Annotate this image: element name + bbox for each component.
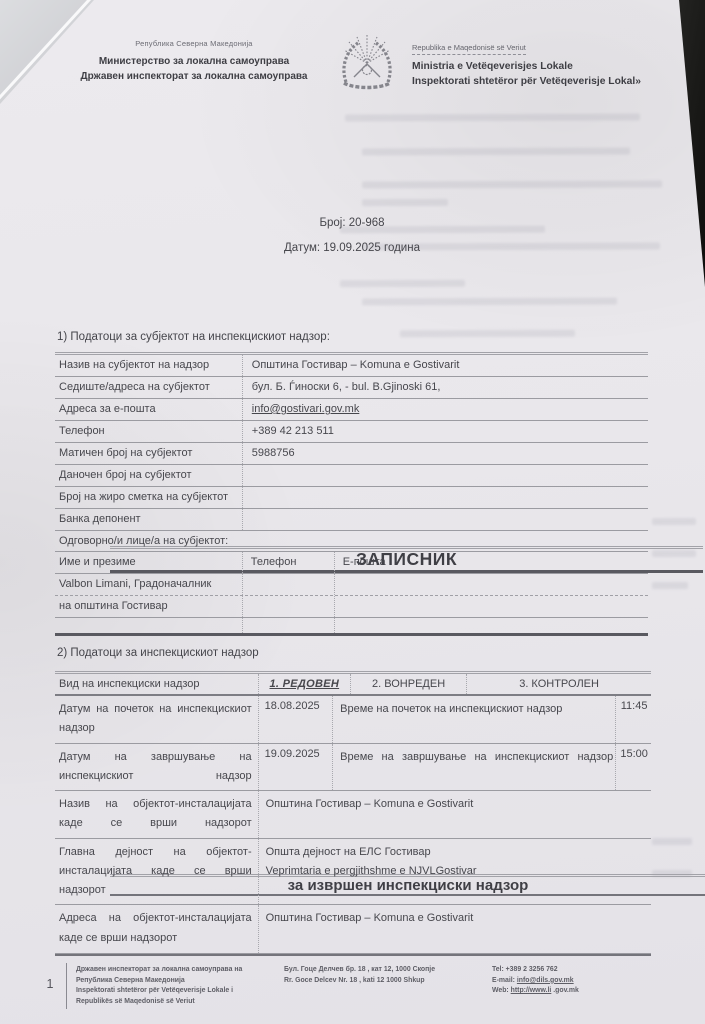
person-phone [242, 618, 334, 633]
row-label: Банка депонент [55, 511, 242, 528]
ministry-name-sq: Ministria e Vetëqeverisjes Lokale [412, 60, 679, 75]
table-row: Назив на субјектот на надзор Општина Гос… [55, 355, 648, 377]
responsible-person-heading-row: Одговорно/и лице/а на субјектот: [55, 531, 648, 552]
start-date-row: Датум на почеток на инспекцискиот надзор… [55, 696, 651, 744]
table-row: Даночен број на субјектот [55, 465, 648, 487]
inspectorate-name-sq: Inspektorati shtetëror për Vetëqeverisje… [412, 75, 679, 90]
bleed-through-line [340, 280, 465, 287]
end-date-value: 19.09.2025 [258, 744, 333, 791]
value-line: Општина Гостивар – Komuna e Gostivarit [266, 909, 647, 928]
option-control: 3. КОНТРОЛЕН [466, 674, 651, 694]
row-label: Назив на објектот-инсталацијата каде се … [55, 791, 258, 838]
person-email [334, 596, 648, 617]
row-label: Адреса на објектот-инсталацијата каде се… [55, 905, 258, 953]
inspection-data-table: Вид на инспекциски надзор 1. РЕДОВЕН 2. … [55, 671, 651, 956]
row-label: Вид на инспекциски надзор [55, 676, 258, 693]
end-date-row: Датум на завршување на инспекцискиот над… [55, 744, 651, 792]
footer-email-line: E-mail: info@dils.gov.mk [492, 976, 679, 987]
row-label: Назив на субјектот на надзор [55, 357, 242, 374]
row-label: Датум на почеток на инспекцискиот надзор [55, 696, 258, 743]
row-value: бул. Б. Ѓиноски 6, - bul. B.Gjinoski 61, [242, 377, 648, 398]
row-value [242, 465, 648, 486]
row-label: Време на почеток на инспекцискиот надзор [332, 696, 615, 743]
person-phone [242, 596, 334, 617]
start-time-value: 11:45 [615, 696, 651, 743]
row-value [242, 487, 648, 508]
start-date-value: 18.08.2025 [258, 696, 333, 743]
row-value [242, 509, 648, 530]
person-phone [242, 574, 334, 595]
bleed-through-line [362, 148, 630, 156]
table-row: Банка депонент [55, 509, 648, 531]
document-number: Број: 20-968 [55, 217, 649, 229]
footer-address: Бул. Гоце Делчев бр. 18 , кат 12, 1000 С… [284, 961, 492, 1009]
email-value: info@gostivari.gov.mk [252, 403, 360, 415]
responsible-columns-row: Име и презиме Телефон Е-пошта [55, 552, 648, 574]
document-title-block: ЗАПИСНИК за извршен инспекциски надзор Б… [55, 194, 649, 254]
web-label: Web: [492, 987, 511, 994]
document-date: Датум: 19.09.2025 година [55, 242, 649, 254]
country-name-sq: Republika e Maqedonisë së Veriut [412, 43, 526, 55]
row-label: Датум на завршување на инспекцискиот над… [55, 744, 258, 791]
footer-divider [66, 963, 67, 1009]
object-activity-row: Главна дејност на објектот-инсталацијата… [55, 839, 651, 906]
footer-email-link: info@dils.gov.mk [517, 977, 574, 984]
letterhead-macedonian: Република Северна Македонија Министерств… [58, 39, 330, 96]
responsible-heading: Одговорно/и лице/а на субјектот: [55, 533, 648, 550]
section1-heading: 1) Податоци за субјектот на инспекцискио… [57, 331, 330, 343]
letterhead: Република Северна Македонија Министерств… [58, 30, 679, 96]
scanned-document-photo: Република Северна Македонија Министерств… [0, 0, 705, 1024]
row-value: Општина Гостивар – Komuna e Gostivarit [258, 791, 651, 838]
option-regular-selected: 1. РЕДОВЕН [258, 674, 350, 694]
table-row: Телефон +389 42 213 511 [55, 421, 648, 443]
footer-org-line: Државен инспекторат за локална самоуправ… [76, 965, 284, 976]
footer-org-line: Република Северна Македонија [76, 976, 284, 987]
footer-org-line: Republikës së Maqedonisë së Veriut [76, 997, 284, 1008]
footer-web-link: http://www.li [511, 987, 552, 994]
row-value: Општина Гостивар – Komuna e Gostivarit [242, 355, 648, 376]
footer-contact: Tel: +389 2 3256 762 E-mail: info@dils.g… [492, 961, 679, 1009]
row-label: Матичен број на субјектот [55, 445, 242, 462]
table-row: Седиште/адреса на субјектот бул. Б. Ѓино… [55, 377, 648, 399]
row-label: Адреса за е-пошта [55, 401, 242, 418]
row-label: Телефон [55, 423, 242, 440]
row-label: Главна дејност на објектот-инсталацијата… [55, 839, 258, 905]
person-name: на општина Гостивар [55, 598, 242, 615]
bleed-through-line [652, 838, 692, 845]
value-line: Општа дејност на ЕЛС Гостивар [266, 843, 647, 862]
col-header-email: Е-пошта [334, 552, 648, 573]
letterhead-albanian: Republika e Maqedonisë së Veriut Ministr… [404, 37, 679, 96]
table-row: Број на жиро сметка на субјектот [55, 487, 648, 509]
section2-heading: 2) Податоци за инспекцискиот надзор [57, 647, 259, 659]
footer-phone: Tel: +389 2 3256 762 [492, 965, 679, 976]
value-line-albanian: Veprimtaria e pergjithshme e NJVLGostiva… [266, 862, 647, 881]
bleed-through-line [652, 518, 696, 525]
ministry-name-mk: Министерство за локална самоуправа [58, 54, 330, 69]
row-value: 5988756 [242, 443, 648, 464]
row-value: +389 42 213 511 [242, 421, 648, 442]
person-email [334, 574, 648, 595]
col-header-name: Име и презиме [55, 554, 242, 571]
footer-organization: Државен инспекторат за локална самоуправ… [76, 961, 284, 1009]
col-header-phone: Телефон [242, 552, 334, 573]
page-footer: 1 Државен инспекторат за локална самоупр… [40, 961, 679, 1009]
end-time-value: 15:00 [615, 744, 651, 791]
table-row: Матичен број на субјектот 5988756 [55, 443, 648, 465]
inspection-type-row: Вид на инспекциски надзор 1. РЕДОВЕН 2. … [55, 674, 651, 696]
page-number: 1 [40, 975, 60, 1009]
empty-row [55, 618, 648, 633]
country-name-mk: Република Северна Македонија [58, 39, 330, 48]
bleed-through-line [362, 298, 617, 306]
document-page: Република Северна Македонија Министерств… [0, 0, 705, 1024]
person-email [334, 618, 648, 633]
row-label: Седиште/адреса на субјектот [55, 379, 242, 396]
subject-data-table: Назив на субјектот на надзор Општина Гос… [55, 352, 648, 636]
footer-address-mk: Бул. Гоце Делчев бр. 18 , кат 12, 1000 С… [284, 965, 492, 976]
bleed-through-line [345, 113, 640, 121]
bleed-through-line [652, 582, 688, 589]
row-label [55, 623, 242, 628]
option-extraordinary: 2. ВОНРЕДЕН [350, 674, 466, 694]
coat-of-arms-icon [334, 30, 400, 96]
row-label: Време на завршување на инспекцискиот над… [332, 744, 615, 791]
row-value: Општа дејност на ЕЛС Гостивар Veprimtari… [258, 839, 651, 905]
value-line: Општина Гостивар – Komuna e Gostivarit [266, 795, 647, 814]
responsible-person-row: Valbon Limani, Градоначалник [55, 574, 648, 596]
row-value: Општина Гостивар – Komuna e Gostivarit [258, 905, 651, 953]
web-suffix: .gov.mk [551, 987, 578, 994]
person-name: Valbon Limani, Градоначалник [55, 576, 242, 593]
bleed-through-line [362, 180, 662, 188]
email-label: E-mail: [492, 977, 517, 984]
row-label: Даночен број на субјектот [55, 467, 242, 484]
object-name-row: Назив на објектот-инсталацијата каде се … [55, 791, 651, 839]
object-address-row: Адреса на објектот-инсталацијата каде се… [55, 905, 651, 954]
dark-surface-corner [679, 0, 705, 287]
footer-address-sq: Rr. Goce Delcev Nr. 18 , kati 12 1000 Sh… [284, 976, 492, 987]
inspectorate-name-mk: Државен инспекторат за локална самоуправ… [58, 69, 330, 84]
responsible-person-row: на општина Гостивар [55, 596, 648, 618]
bleed-through-line [400, 330, 575, 338]
footer-org-line: Inspektorati shtetëror për Vetëqeverisje… [76, 986, 284, 997]
row-label: Број на жиро сметка на субјектот [55, 489, 242, 506]
footer-web-line: Web: http://www.li .gov.mk [492, 986, 679, 997]
table-row: Адреса за е-пошта info@gostivari.gov.mk [55, 399, 648, 421]
